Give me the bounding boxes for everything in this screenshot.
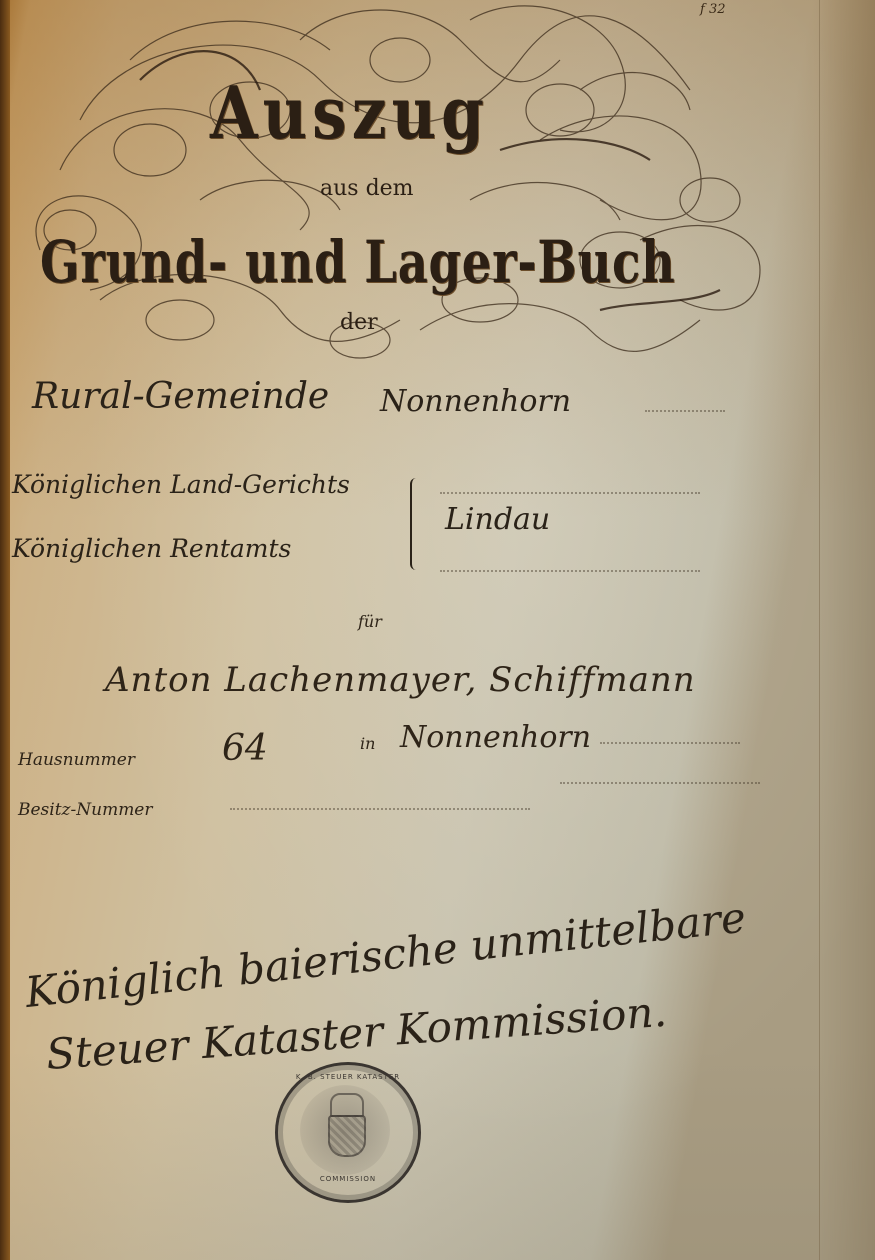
dotted-line bbox=[600, 742, 740, 744]
court-label: Königlichen Land-Gerichts bbox=[12, 470, 350, 499]
jurisdiction-value: Lindau bbox=[445, 502, 550, 537]
property-number-field bbox=[230, 808, 530, 810]
title-aus-dem: aus dem bbox=[320, 176, 414, 201]
dotted-line bbox=[440, 492, 700, 494]
house-number-label: Hausnummer bbox=[18, 750, 135, 770]
dotted-line bbox=[440, 570, 700, 572]
dotted-line bbox=[560, 782, 760, 784]
stamp-bottom-text: COMMISSION bbox=[278, 1175, 418, 1183]
document-page: f 32 bbox=[0, 0, 875, 1260]
owner-prefix: für bbox=[358, 612, 382, 631]
title-auszug: Auszug bbox=[210, 70, 489, 155]
stamp-top-text: K. B. STEUER KATASTER bbox=[278, 1073, 418, 1081]
office-label: Königlichen Rentamts bbox=[12, 534, 291, 563]
title-grund-und-lager-buch: Grund- und Lager-Buch bbox=[40, 228, 676, 296]
house-number-value: 64 bbox=[222, 728, 268, 769]
location-prefix: in bbox=[360, 734, 375, 753]
crown-icon bbox=[330, 1093, 364, 1117]
calligraphic-flourish-ornament bbox=[0, 0, 875, 380]
coat-of-arms-icon bbox=[328, 1115, 366, 1157]
owner-name: Anton Lachenmayer, Schiffmann bbox=[105, 660, 696, 700]
house-location: Nonnenhorn bbox=[400, 720, 591, 755]
municipality-value: Nonnenhorn bbox=[380, 384, 571, 419]
municipality-label: Rural-Gemeinde bbox=[32, 376, 329, 417]
dotted-line bbox=[645, 410, 725, 412]
grouping-brace bbox=[410, 478, 420, 570]
property-number-label: Besitz-Nummer bbox=[18, 800, 153, 820]
title-der: der bbox=[340, 310, 378, 335]
official-seal-stamp: K. B. STEUER KATASTER COMMISSION bbox=[275, 1062, 421, 1203]
